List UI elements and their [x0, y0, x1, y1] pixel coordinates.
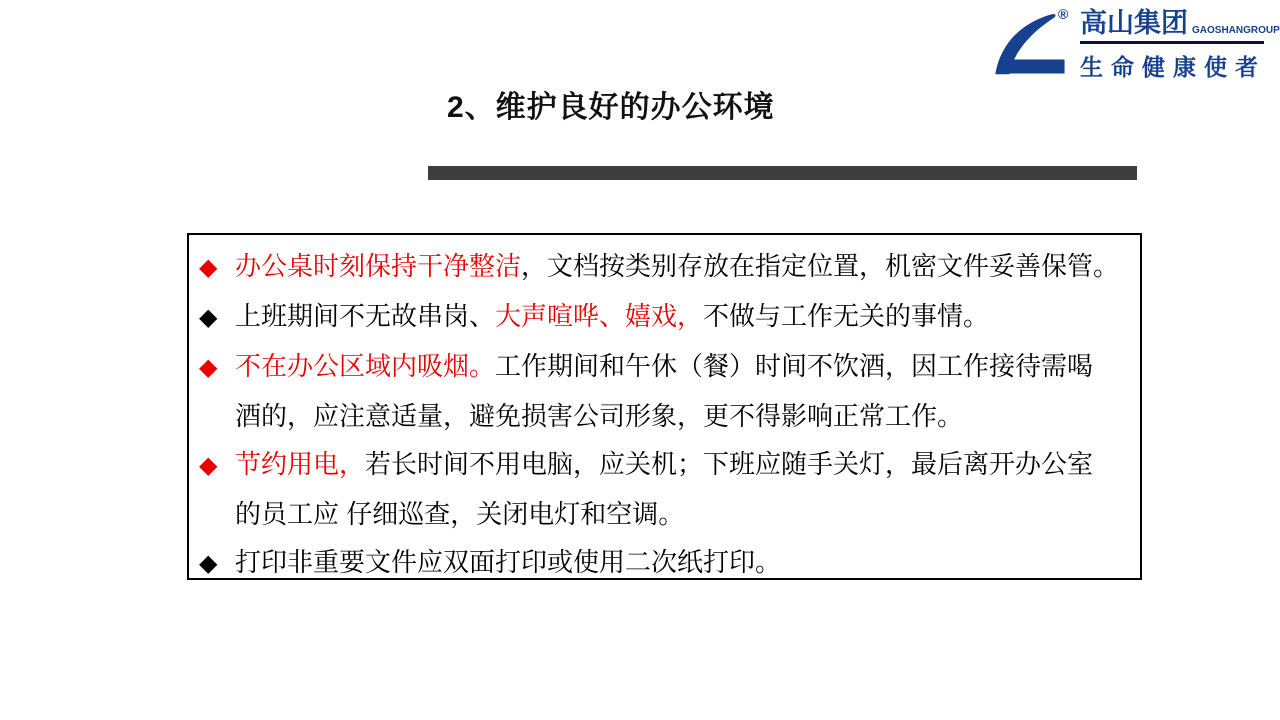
logo-slogan: 生命健康使者: [1080, 49, 1264, 82]
bullet-item-no-smoking: ◆不在办公区域内吸烟。工作期间和午休（餐）时间不饮酒，因工作接待需喝酒的，应注意…: [199, 342, 1130, 440]
item-text-segment: 不在办公区域内吸烟。: [235, 351, 495, 381]
item-text-segment: 办公桌时刻保持干净整洁: [235, 251, 521, 281]
gaoshan-swoosh-icon: [986, 12, 1070, 82]
item-text-segment: 若长时间不用电脑，应关机；下班应随手关灯，最后离开办公室: [365, 449, 1093, 479]
diamond-bullet-icon: ◆: [199, 294, 235, 342]
logo-divider-line: [1080, 41, 1264, 44]
presentation-slide: ® 高山集团 GAOSHANGROUP 生命健康使者 2、维护良好的办公环境 ◆…: [0, 0, 1280, 720]
item-text-segment: 工作期间和午休（餐）时间不饮酒，因工作接待需喝: [495, 351, 1093, 381]
slide-title: 2、维护良好的办公环境: [447, 82, 775, 126]
item-text-segment: 节约用电，: [235, 449, 365, 479]
logo-company-name-en: GAOSHANGROUP: [1192, 24, 1280, 37]
item-text-segment: 的员工应 仔细巡查，关闭电灯和空调。: [235, 499, 684, 529]
diamond-bullet-icon: ◆: [199, 244, 235, 292]
item-text-segment: 打印非重要文件应双面打印或使用二次纸打印。: [235, 547, 781, 577]
item-text-segment: ，文档按类别存放在指定位置，机密文件妥善保管。: [521, 251, 1119, 281]
diamond-bullet-icon: ◆: [199, 540, 235, 588]
diamond-bullet-icon: ◆: [199, 442, 235, 490]
bullet-item-desk-tidy: ◆办公桌时刻保持干净整洁，文档按类别存放在指定位置，机密文件妥善保管。: [199, 242, 1130, 292]
title-underline-bar: [428, 166, 1137, 180]
diamond-bullet-icon: ◆: [199, 344, 235, 392]
item-text-segment: 大声喧哗、嬉戏，: [495, 301, 703, 331]
bullet-item-save-power: ◆节约用电，若长时间不用电脑，应关机；下班应随手关灯，最后离开办公室的员工应 仔…: [199, 440, 1130, 538]
item-text-segment: 不做与工作无关的事情。: [703, 301, 989, 331]
logo-company-name-cn: 高山集团: [1080, 10, 1188, 37]
bullet-item-double-side-print: ◆打印非重要文件应双面打印或使用二次纸打印。: [199, 538, 1130, 588]
registered-trademark-icon: ®: [1058, 6, 1068, 22]
content-box: ◆办公桌时刻保持干净整洁，文档按类别存放在指定位置，机密文件妥善保管。 ◆上班期…: [187, 233, 1142, 580]
item-text-segment: 酒的，应注意适量，避免损害公司形象，更不得影响正常工作。: [235, 401, 963, 431]
item-text-segment: 上班期间不无故串岗、: [235, 301, 495, 331]
company-logo: ® 高山集团 GAOSHANGROUP 生命健康使者: [986, 6, 1266, 86]
logo-text-block: 高山集团 GAOSHANGROUP 生命健康使者: [1080, 10, 1264, 82]
bullet-item-no-wandering: ◆上班期间不无故串岗、大声喧哗、嬉戏，不做与工作无关的事情。: [199, 292, 1130, 342]
